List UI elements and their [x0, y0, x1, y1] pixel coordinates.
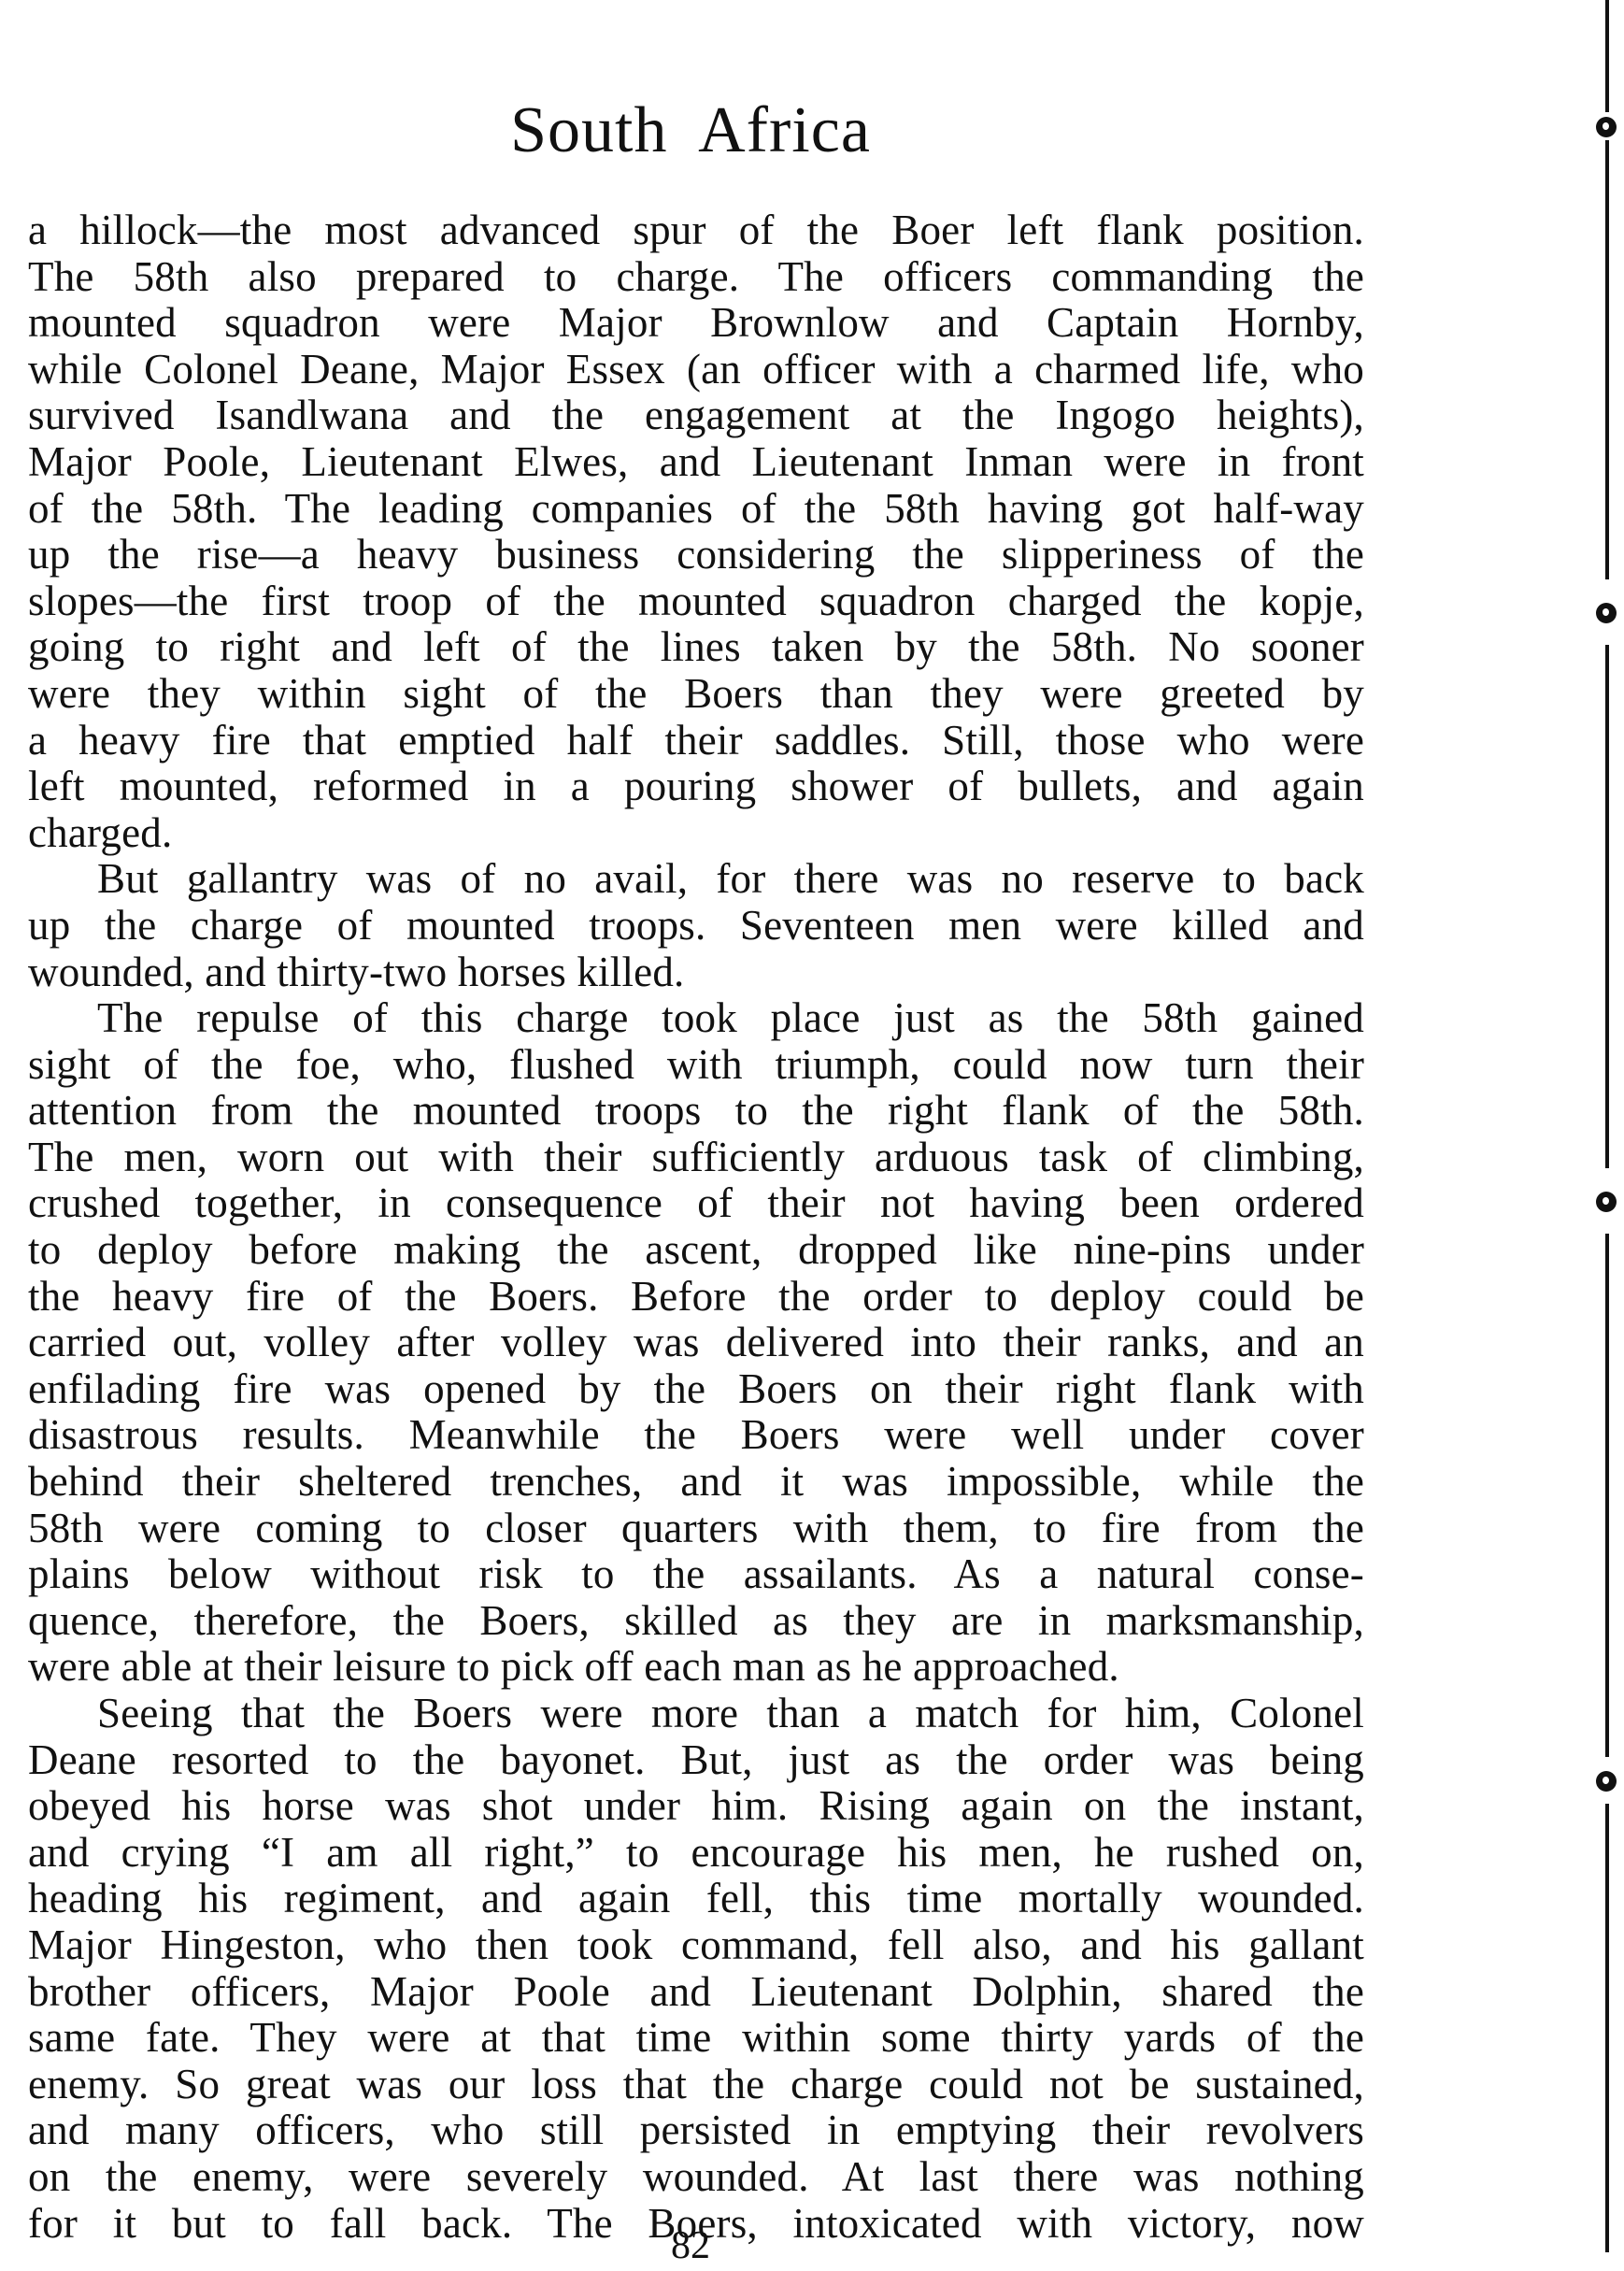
- binding-rule: [1605, 140, 1609, 579]
- text-line: brother officers, Major Poole and Lieute…: [28, 1969, 1364, 2016]
- text-line: while Colonel Deane, Major Essex (an off…: [28, 347, 1364, 393]
- text-line: were able at their leisure to pick off e…: [28, 1644, 1364, 1691]
- text-line: behind their sheltered trenches, and it …: [28, 1459, 1364, 1506]
- text-line: Deane resorted to the bayonet. But, just…: [28, 1737, 1364, 1784]
- text-line: enfilading fire was opened by the Boers …: [28, 1366, 1364, 1413]
- text-line: sight of the foe, who, flushed with triu…: [28, 1042, 1364, 1089]
- text-line: But gallantry was of no avail, for there…: [28, 856, 1364, 903]
- binding-thread-icon: [1585, 0, 1622, 2271]
- binding-rule: [1605, 0, 1609, 112]
- text-line: a hillock—the most advanced spur of the …: [28, 207, 1364, 254]
- text-line: of the 58th. The leading companies of th…: [28, 486, 1364, 533]
- text-line: enemy. So great was our loss that the ch…: [28, 2062, 1364, 2108]
- body-text: a hillock—the most advanced spur of the …: [28, 207, 1364, 2247]
- text-line: survived Isandlwana and the engagement a…: [28, 393, 1364, 439]
- text-line: Seeing that the Boers were more than a m…: [28, 1691, 1364, 1737]
- text-line: were they within sight of the Boers than…: [28, 671, 1364, 718]
- text-line: going to right and left of the lines tak…: [28, 624, 1364, 671]
- binding-knot-icon: [1596, 1192, 1617, 1212]
- binding-rule: [1605, 1234, 1609, 1757]
- text-line: up the rise—a heavy business considering…: [28, 532, 1364, 578]
- text-line: a heavy fire that emptied half their sad…: [28, 718, 1364, 764]
- text-line: quence, therefore, the Boers, skilled as…: [28, 1598, 1364, 1645]
- binding-knot-icon: [1596, 1771, 1617, 1792]
- text-line: crushed together, in consequence of thei…: [28, 1180, 1364, 1227]
- text-line: slopes—the first troop of the mounted sq…: [28, 578, 1364, 625]
- page-number: 82: [0, 2222, 1381, 2269]
- text-line: The 58th also prepared to charge. The of…: [28, 254, 1364, 301]
- text-line: wounded, and thirty-two horses killed.: [28, 950, 1364, 996]
- text-line: to deploy before making the ascent, drop…: [28, 1227, 1364, 1274]
- binding-rule: [1605, 1804, 1609, 2252]
- binding-rule: [1605, 645, 1609, 1168]
- text-line: charged.: [28, 810, 1364, 857]
- text-line: mounted squadron were Major Brownlow and…: [28, 300, 1364, 347]
- text-line: same fate. They were at that time within…: [28, 2015, 1364, 2062]
- binding-knot-icon: [1596, 117, 1617, 137]
- text-line: The repulse of this charge took place ju…: [28, 995, 1364, 1042]
- running-head: South Africa: [0, 93, 1381, 168]
- text-line: Major Poole, Lieutenant Elwes, and Lieut…: [28, 439, 1364, 486]
- text-line: the heavy fire of the Boers. Before the …: [28, 1274, 1364, 1321]
- text-line: Major Hingeston, who then took command, …: [28, 1922, 1364, 1969]
- text-line: carried out, volley after volley was del…: [28, 1320, 1364, 1366]
- text-line: disastrous results. Meanwhile the Boers …: [28, 1412, 1364, 1459]
- text-line: obeyed his horse was shot under him. Ris…: [28, 1783, 1364, 1830]
- binding-knot-icon: [1596, 603, 1617, 623]
- text-line: left mounted, reformed in a pouring show…: [28, 764, 1364, 810]
- text-line: plains below without risk to the assaila…: [28, 1551, 1364, 1598]
- text-line: on the enemy, were severely wounded. At …: [28, 2154, 1364, 2201]
- text-line: up the charge of mounted troops. Sevente…: [28, 903, 1364, 950]
- text-line: and many officers, who still persisted i…: [28, 2107, 1364, 2154]
- text-line: 58th were coming to closer quarters with…: [28, 1506, 1364, 1552]
- text-line: The men, worn out with their sufficientl…: [28, 1135, 1364, 1181]
- text-line: heading his regiment, and again fell, th…: [28, 1876, 1364, 1922]
- text-line: and crying “I am all right,” to encourag…: [28, 1830, 1364, 1877]
- text-line: attention from the mounted troops to the…: [28, 1088, 1364, 1135]
